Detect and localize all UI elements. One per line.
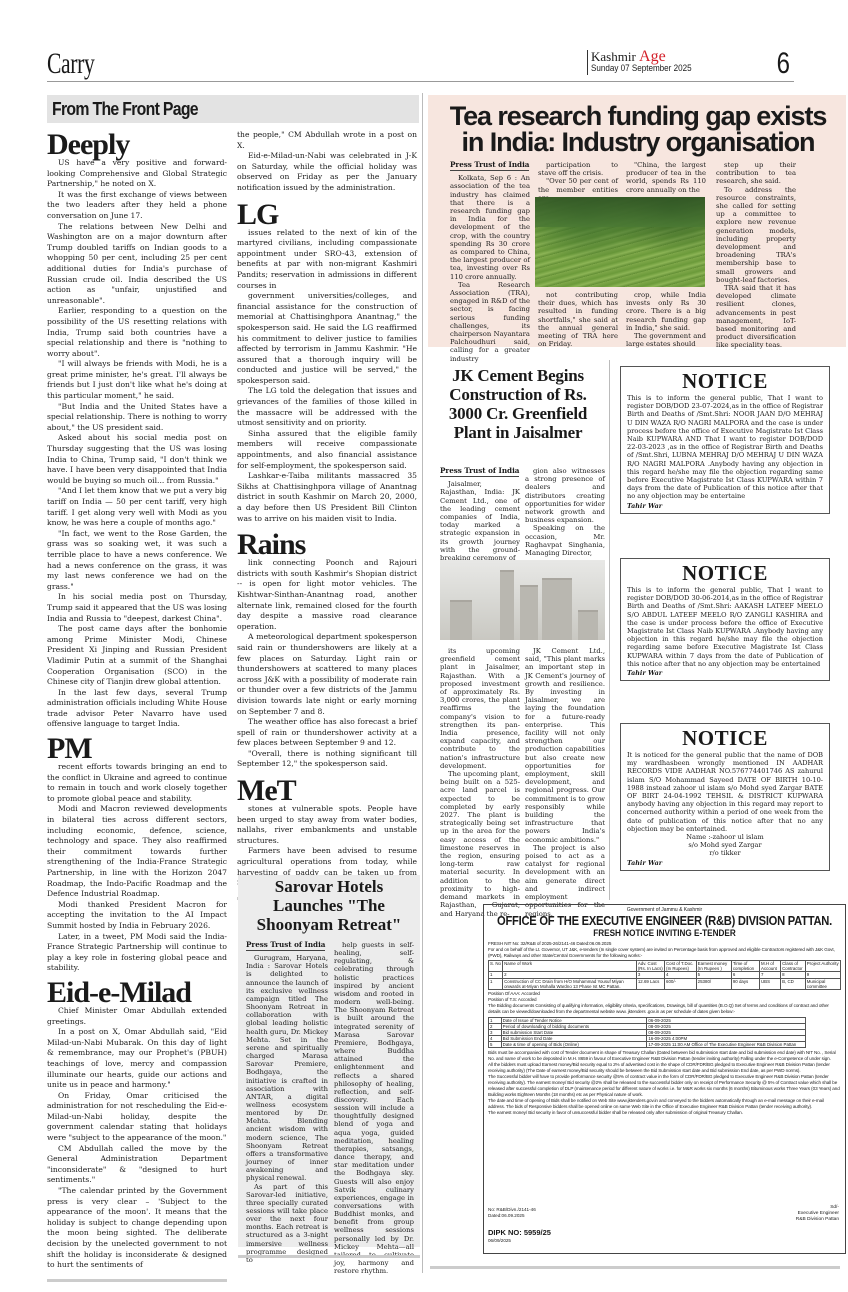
- notice-body: This is to inform the general public, Th…: [627, 586, 823, 668]
- story-body: issues related to the next of kin of the…: [237, 228, 417, 525]
- table-cell: 5: [489, 1042, 502, 1048]
- article-text: gion also witnesses a strong presence of…: [525, 467, 605, 557]
- paragraph: its upcoming greenfield cement plant in …: [440, 647, 520, 770]
- brand-logo: Kashmir Age: [591, 50, 709, 63]
- article-text: help guests in self-healing, self-regula…: [334, 941, 414, 1275]
- byline: Press Trust of India: [440, 467, 519, 477]
- eid-story: Eid-e-Milad Chief Minister Omar Abdullah…: [47, 980, 227, 1271]
- article-text: step up their contribution to tea resear…: [716, 161, 796, 350]
- paragraph: Tea Research Association (TRA), engaged …: [450, 281, 530, 363]
- paragraph: The upcoming plant, being built on a 525…: [440, 770, 520, 918]
- paragraph: stones at vulnerable spots. People have …: [237, 804, 417, 846]
- paragraph: The date and time of opening of Bids sha…: [488, 1098, 841, 1110]
- paragraph: US have a very positive and forward-look…: [47, 158, 227, 190]
- paragraph: recent efforts towards bringing an end t…: [47, 762, 227, 804]
- paragraph: Modi thanked President Macron for accept…: [47, 900, 227, 932]
- paragraph: Bids must be accompanied with cost of Te…: [488, 1050, 841, 1062]
- paragraph: As part of this Sarovar-led initiative, …: [246, 1183, 328, 1265]
- paragraph: Kolkata, Sep 6 : An association of the t…: [450, 174, 530, 281]
- tender-docs: The Bidding documents Consisting of qual…: [488, 1003, 841, 1015]
- paragraph: The Successful bidder will have to provi…: [488, 1074, 841, 1098]
- paragraph: Modi and Macron reviewed developments in…: [47, 804, 227, 899]
- article-column: gion also witnesses a strong presence of…: [525, 467, 605, 557]
- table-header: Cost of T.Doc. (In Rupees): [665, 961, 697, 972]
- notice-title: NOTICE: [627, 370, 823, 392]
- article-text: JK Cement Ltd., said, "This plant marks …: [525, 647, 605, 918]
- paragraph: The relations between New Delhi and Wash…: [47, 222, 227, 307]
- article-column: step up their contribution to tea resear…: [716, 161, 796, 350]
- brand-name: Kashmir: [591, 49, 639, 64]
- notice-signature: Tahir War: [627, 859, 823, 867]
- notice-body: It is noticed for the general public tha…: [627, 751, 823, 833]
- sarovar-article: Sarovar Hotels Launches "The Shoonyam Re…: [238, 875, 420, 1247]
- table-cell: 12.69 Lacs: [636, 978, 664, 989]
- notice-name-line: Name :-zahoor ul islam: [627, 833, 823, 841]
- dipk-date: 06/09/2025: [488, 1238, 511, 1244]
- paragraph: "China, the largest producer of tea in t…: [626, 161, 706, 194]
- schedule-table: 1Date of Issue of Tender Notice06-09-202…: [488, 1017, 806, 1048]
- paragraph: "In fact, we went to the Rose Garden, th…: [47, 529, 227, 593]
- paragraph: Earlier, responding to a question on the…: [47, 306, 227, 359]
- notice-name-line: r/o tikker: [627, 849, 823, 857]
- story-kicker: Rains: [237, 532, 417, 558]
- notice-title: NOTICE: [627, 727, 823, 749]
- paragraph: On Friday, Omar criticised the administr…: [47, 1091, 227, 1144]
- table-header: Project Authority: [805, 961, 840, 972]
- table-cell: Date & time of opening of Bids (Online): [501, 1042, 647, 1048]
- tender-notice: Government of Jammu & Kashmir OFFICE OF …: [483, 904, 846, 1254]
- table-cell: 17-09-2025 11:00 AM Office of The Execut…: [647, 1042, 805, 1048]
- story-body: link connecting Poonch and Rajouri distr…: [237, 558, 417, 770]
- paragraph: participation to stave off the crisis.: [538, 161, 618, 177]
- article-headline: JK Cement Begins Construction of Rs. 300…: [432, 366, 604, 442]
- story-body: US have a very positive and forward-look…: [47, 158, 227, 730]
- article-column: not contributing their dues, which has r…: [538, 291, 618, 348]
- paragraph: In his social media post on Thursday, Tr…: [47, 592, 227, 624]
- table-cell: 1: [489, 978, 503, 989]
- table-header: Time of completion: [731, 961, 759, 972]
- cement-plant-photo: [440, 560, 605, 640]
- notice-title: NOTICE: [627, 562, 823, 584]
- story-kicker: Deeply: [47, 132, 227, 158]
- paragraph: Lashkar-e-Taiba militants massacred 35 S…: [237, 471, 417, 524]
- paragraph: In a post on X, Omar Abdullah said, "Eid…: [47, 1027, 227, 1091]
- rains-story: Rains link connecting Poonch and Rajouri…: [237, 532, 417, 770]
- paragraph: Gurugram, Haryana, India : Sarovar Hotel…: [246, 954, 328, 1182]
- paragraph: link connecting Poonch and Rajouri distr…: [237, 558, 417, 632]
- table-header: Earnest money (In Rupees ): [696, 961, 731, 972]
- article-column: participation to stave off the crisis."O…: [538, 161, 618, 202]
- public-notice: NOTICE It is noticed for the general pub…: [620, 723, 830, 871]
- article-column: Press Trust of India Jaisalmer, Rajastha…: [440, 467, 520, 562]
- issue-date: Sunday 07 September 2025: [591, 63, 692, 75]
- signature-line: R&B Division Pattan: [796, 1217, 839, 1223]
- paragraph: Asked about his social media post on Thu…: [47, 433, 227, 486]
- table-header: Adv. Cost (Rs. In Lacs): [636, 961, 664, 972]
- paragraph: "And I let them know that we put a very …: [47, 486, 227, 528]
- brand-block: Kashmir Age Sunday 07 September 2025: [587, 50, 709, 75]
- paragraph: issues related to the next of kin of the…: [237, 228, 417, 292]
- story-kicker: Eid-e-Milad: [47, 980, 227, 1006]
- article-column: its upcoming greenfield cement plant in …: [440, 647, 520, 918]
- paragraph: the people," CM Abdullah wrote in a post…: [237, 130, 417, 151]
- paragraph: Later, in a tweet, PM Modi said the Indi…: [47, 932, 227, 974]
- paragraph: The post came days after the bonhomie am…: [47, 624, 227, 688]
- notice-name-line: s/o Mohd syed Zargar: [627, 841, 823, 849]
- column-divider: [422, 93, 423, 1273]
- article-text: Jaisalmer, Rajasthan, India: JK Cement L…: [440, 480, 520, 562]
- tender-intro: For and on behalf of the Lt. Governor, U…: [488, 947, 841, 959]
- story-kicker: MeT: [237, 778, 417, 804]
- table-header: Class of Contractor: [781, 961, 806, 972]
- from-front-page-banner: From The Front Page: [47, 95, 419, 123]
- paragraph: CM Abdullah called the move by the Gener…: [47, 1144, 227, 1186]
- paragraph: It was the first exchange of views betwe…: [47, 190, 227, 222]
- table-cell: B, CD: [781, 978, 806, 989]
- left-column-2: the people," CM Abdullah wrote in a post…: [237, 130, 417, 900]
- left-column-1: Deeply US have a very positive and forwa…: [47, 130, 227, 1282]
- paragraph: Speaking on the occasion, Mr. Raghavpat …: [525, 524, 605, 557]
- table-header: M.H of Account: [760, 961, 781, 972]
- paragraph: step up their contribution to tea resear…: [716, 161, 796, 186]
- article-text: crop, while India invests only Rs 30 cro…: [626, 291, 706, 348]
- page-masthead: Carry Kashmir Age Sunday 07 September 20…: [47, 48, 794, 82]
- column-separator: [47, 1279, 227, 1282]
- tender-office: OFFICE OF THE EXECUTIVE ENGINEER (R&B) D…: [487, 913, 842, 928]
- paragraph: gion also witnesses a strong presence of…: [525, 467, 605, 524]
- paragraph: Eid-e-Milad-un-Nabi was celebrated in J-…: [237, 151, 417, 193]
- table-header-row: S. No Name of Work Adv. Cost (Rs. In Lac…: [489, 961, 841, 972]
- article-text: its upcoming greenfield cement plant in …: [440, 647, 520, 918]
- eid-continued: the people," CM Abdullah wrote in a post…: [237, 130, 417, 194]
- article-column: JK Cement Ltd., said, "This plant marks …: [525, 647, 605, 918]
- article-text: Kolkata, Sep 6 : An association of the t…: [450, 174, 530, 363]
- notice-body: This is to inform the general public, Th…: [627, 394, 823, 501]
- story-body: recent efforts towards bringing an end t…: [47, 762, 227, 974]
- public-notice: NOTICE This is to inform the general pub…: [620, 558, 830, 681]
- paragraph: government universities/colleges, and fi…: [237, 291, 417, 386]
- reference-date: Dated:06.09.2025: [488, 1213, 536, 1219]
- story-body: Chief Minister Omar Abdullah extended gr…: [47, 1006, 227, 1271]
- banner-label: From The Front Page: [52, 99, 198, 119]
- paragraph: "I will always be friends with Modi, he …: [47, 359, 227, 401]
- story-kicker: LG: [237, 202, 417, 228]
- tender-reference: No: R&B/Divn./2141-46 Dated:06.09.2025: [488, 1207, 536, 1219]
- article-headline: Tea research funding gap exists in India…: [438, 103, 838, 155]
- table-cell: Construction of CC Drain from H/O Mohamm…: [503, 978, 637, 989]
- paragraph: Chief Minister Omar Abdullah extended gr…: [47, 1006, 227, 1027]
- public-notice: NOTICE This is to inform the general pub…: [620, 366, 830, 514]
- notice-signature: Tahir War: [627, 502, 823, 510]
- paragraph: crop, while India invests only Rs 30 cro…: [626, 291, 706, 332]
- article-column: Press Trust of India Gurugram, Haryana, …: [246, 941, 328, 1264]
- paragraph: JK Cement Ltd., said, "This plant marks …: [525, 647, 605, 844]
- paragraph: The government and large estates should: [626, 332, 706, 348]
- article-text: "China, the largest producer of tea in t…: [626, 161, 706, 194]
- paragraph: Jaisalmer, Rajasthan, India: JK Cement L…: [440, 480, 520, 562]
- table-row: 5Date & time of opening of Bids (Online)…: [489, 1042, 806, 1048]
- table-cell: 600/-: [665, 978, 697, 989]
- pm-story: PM recent efforts towards bringing an en…: [47, 736, 227, 974]
- table-row: 1 Construction of CC Drain from H/O Moha…: [489, 978, 841, 989]
- paragraph: The LG told the delegation that issues a…: [237, 386, 417, 428]
- met-story: MeT stones at vulnerable spots. People h…: [237, 778, 417, 889]
- table-header: S. No: [489, 961, 503, 972]
- works-table: S. No Name of Work Adv. Cost (Rs. In Lac…: [488, 960, 841, 990]
- notice-signature: Tahir War: [627, 669, 823, 677]
- table-cell: 25380/: [696, 978, 731, 989]
- tender-clauses: Bids must be accompanied with cost of Te…: [488, 1050, 841, 1116]
- deeply-story: Deeply US have a very positive and forwa…: [47, 132, 227, 730]
- dipk-number: DIPK NO: 5959/25: [488, 1229, 551, 1237]
- article-column: "China, the largest producer of tea in t…: [626, 161, 706, 194]
- byline: Press Trust of India: [246, 941, 325, 951]
- table-cell: Municipal committee: [805, 978, 840, 989]
- lg-story: LG issues related to the next of kin of …: [237, 202, 417, 525]
- paragraph: "The calendar printed by the Government …: [47, 1186, 227, 1271]
- bottom-rule: [238, 1255, 420, 1258]
- table-header: Name of Work: [503, 961, 637, 972]
- article-headline: Sarovar Hotels Launches "The Shoonyam Re…: [242, 877, 416, 934]
- bottom-rule: [430, 1266, 840, 1269]
- table-cell: UBS: [760, 978, 781, 989]
- paragraph: TRA said that it has developed climate r…: [716, 284, 796, 350]
- table-cell: 90 days: [731, 978, 759, 989]
- page-number: 6: [777, 48, 790, 80]
- column-divider: [609, 360, 610, 900]
- article-column: Press Trust of India Kolkata, Sep 6 : An…: [450, 161, 530, 363]
- article-column: help guests in self-healing, self-regula…: [334, 941, 414, 1275]
- paragraph: To address the resource constraints, she…: [716, 186, 796, 284]
- byline: Press Trust of India: [450, 161, 529, 171]
- paragraph: A meteorological department spokesperson…: [237, 632, 417, 717]
- article-text: participation to stave off the crisis."O…: [538, 161, 618, 202]
- article-text: Gurugram, Haryana, India : Sarovar Hotel…: [246, 954, 328, 1264]
- paragraph: "Overall, there is nothing significant t…: [237, 749, 417, 770]
- paragraph: In the last few days, several Trump admi…: [47, 688, 227, 730]
- story-kicker: PM: [47, 736, 227, 762]
- paragraph: "But India and the United States have a …: [47, 402, 227, 434]
- tender-signature: Sd/- Executive Engineer R&B Division Pat…: [796, 1205, 839, 1223]
- article-text: not contributing their dues, which has r…: [538, 291, 618, 348]
- paragraph: help guests in self-healing, self-regula…: [334, 941, 414, 1275]
- tender-title: FRESH NOTICE INVITING E-TENDER: [513, 928, 817, 940]
- paragraph: not contributing their dues, which has r…: [538, 291, 618, 348]
- paragraph: The weather office has also forecast a b…: [237, 717, 417, 749]
- article-column: crop, while India invests only Rs 30 cro…: [626, 291, 706, 348]
- section-title: Carry: [47, 48, 94, 80]
- paragraph: Sinha assured that the eligible family m…: [237, 429, 417, 471]
- paragraph: All the bidders must upload Earnest mone…: [488, 1062, 841, 1074]
- paragraph: The earnest money/ Bid security in favor…: [488, 1110, 841, 1116]
- tea-plantation-photo: [535, 197, 705, 287]
